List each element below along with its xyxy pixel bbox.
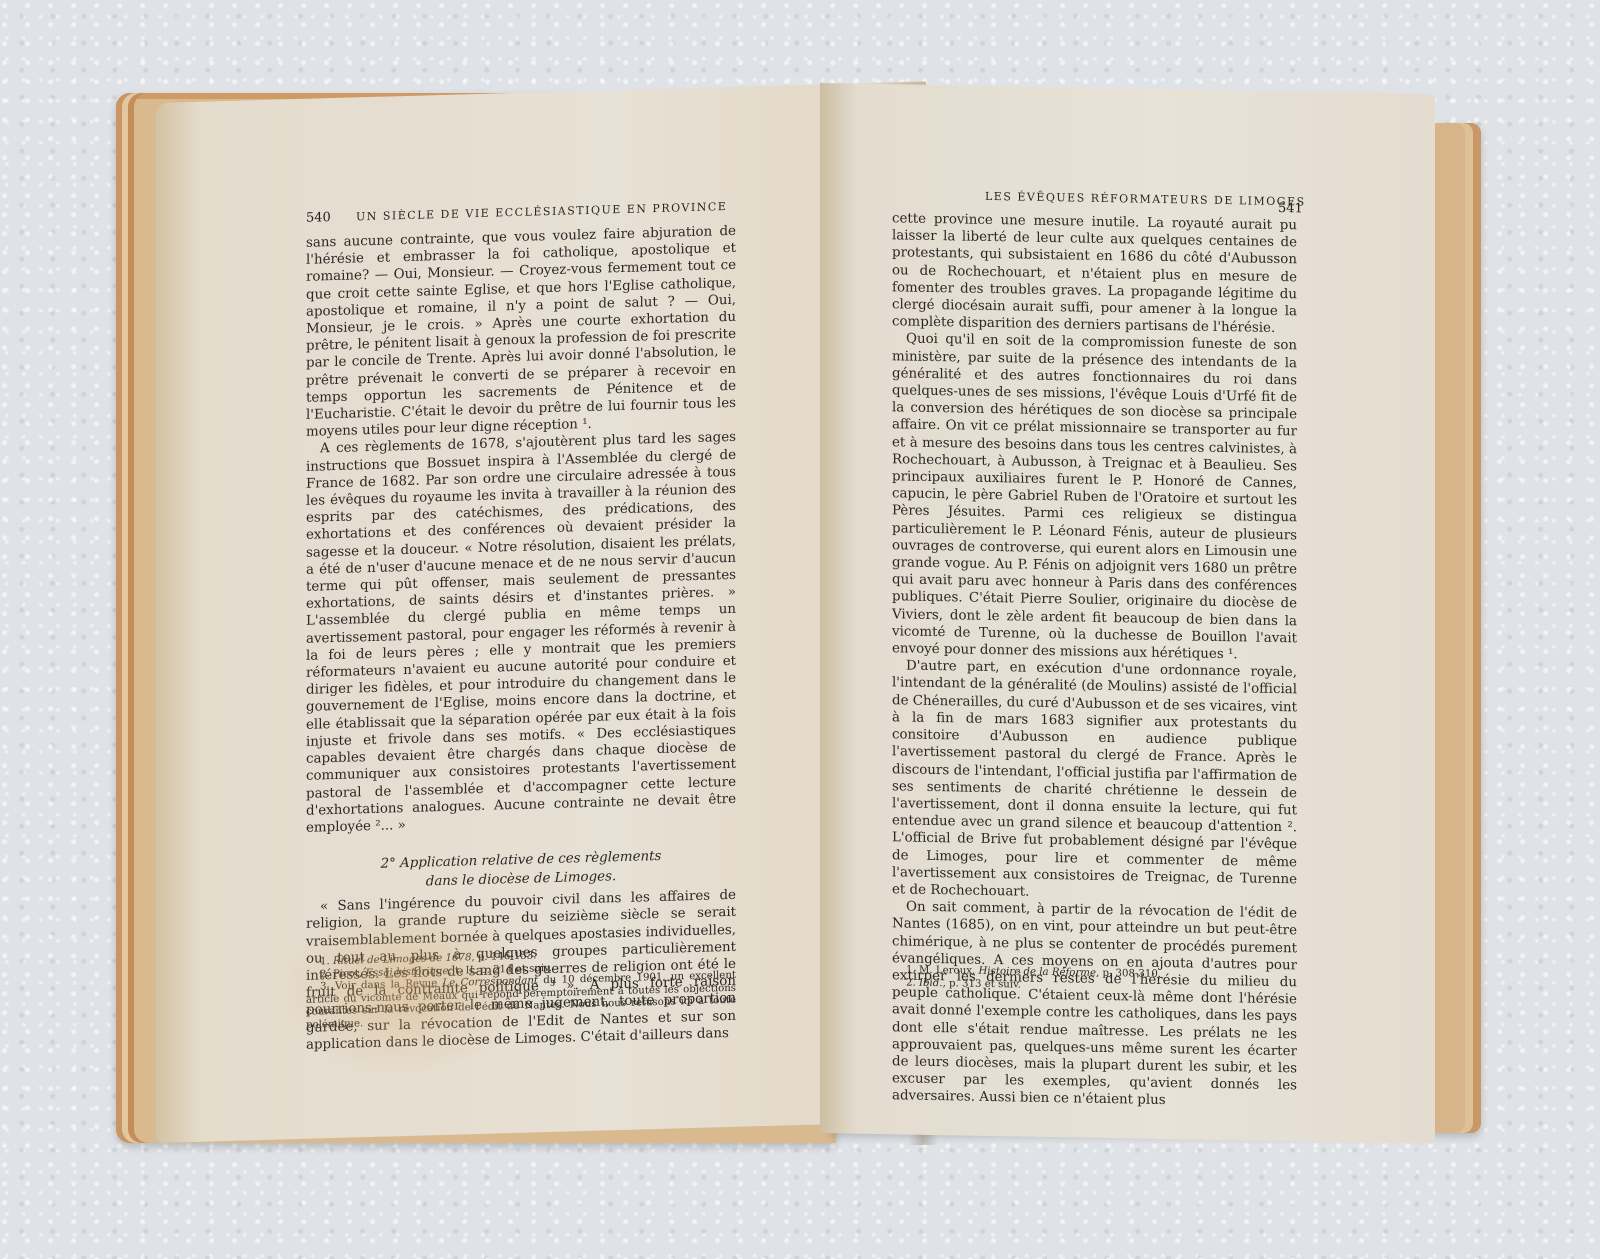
right-paragraph: D'autre part, en exécution d'une ordonna… (892, 658, 1297, 906)
right-paragraph: On sait comment, à partir de la révocati… (892, 898, 1297, 1112)
open-book: 540 UN SIÈCLE DE VIE ECCLÉSIASTIQUE EN P… (108, 75, 1493, 1155)
section-title: 2° Application relative de ces règlement… (306, 845, 736, 895)
right-paragraph: cette province une mesure inutile. La ro… (892, 210, 1297, 337)
left-paragraph: A ces règlements de 1678, s'ajoutèrent p… (306, 429, 736, 837)
left-footnotes: 1. Rituel de Limoges de 1678, p. 146-153… (306, 945, 736, 1033)
right-page-number: 541 (1278, 201, 1303, 216)
left-page-number: 540 (306, 210, 331, 226)
left-page: 540 UN SIÈCLE DE VIE ECCLÉSIASTIQUE EN P… (156, 81, 926, 1143)
left-running-head: UN SIÈCLE DE VIE ECCLÉSIASTIQUE EN PROVI… (356, 200, 727, 223)
right-running-head: LES ÉVÊQUES RÉFORMATEURS DE LIMOGES (985, 190, 1306, 209)
left-main-text: sans aucune contrainte, que vous voulez … (306, 223, 736, 1054)
right-page: LES ÉVÊQUES RÉFORMATEURS DE LIMOGES 541 … (820, 83, 1435, 1144)
left-paragraph: sans aucune contrainte, que vous voulez … (306, 223, 736, 441)
right-paragraph: Quoi qu'il en soit de la compromission f… (892, 331, 1297, 665)
